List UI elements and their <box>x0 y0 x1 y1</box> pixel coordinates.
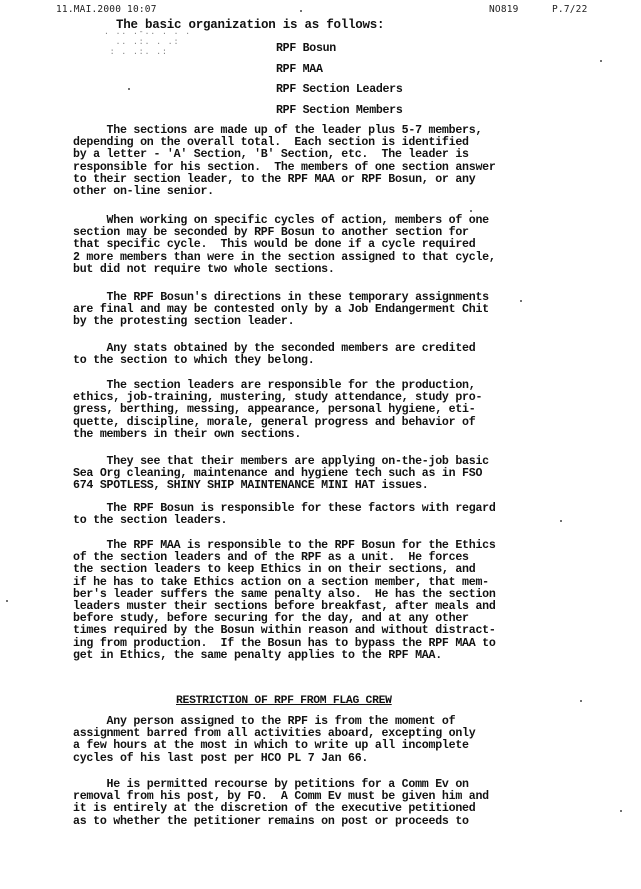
scanned-fax-page: 11.MAI.2000 10:07 NO819 P.7/22 . .. .-..… <box>0 0 641 889</box>
paragraph-bosun-responsibility: The RPF Bosun is responsible for these f… <box>73 503 496 527</box>
scan-speck <box>300 10 302 12</box>
paragraph-bosun-directions: The RPF Bosun's directions in these temp… <box>73 292 489 329</box>
fax-page-indicator: P.7/22 <box>552 4 588 15</box>
org-item-section-leaders: RPF Section Leaders <box>276 84 403 105</box>
faded-stamp: . .. .-.. . . . .. .:. . .: : . .:. .: <box>104 28 224 68</box>
paragraph-maa: The RPF MAA is responsible to the RPF Bo… <box>73 540 496 662</box>
org-item-maa: RPF MAA <box>276 64 403 85</box>
org-item-section-members: RPF Section Members <box>276 105 403 126</box>
org-item-bosun: RPF Bosun <box>276 43 403 64</box>
scan-speck <box>620 810 622 812</box>
intro-line: The basic organization is as follows: <box>116 19 384 31</box>
paragraph-cleaning-tech: They see that their members are applying… <box>73 456 489 493</box>
fax-date-time: 11.MAI.2000 10:07 <box>56 4 157 15</box>
paragraph-section-leaders: The section leaders are responsible for … <box>73 380 482 441</box>
paragraph-seconding: When working on specific cycles of actio… <box>73 215 496 276</box>
organization-list: RPF Bosun RPF MAA RPF Section Leaders RP… <box>276 43 403 125</box>
paragraph-stats: Any stats obtained by the seconded membe… <box>73 343 475 367</box>
paragraph-restriction: Any person assigned to the RPF is from t… <box>73 716 475 765</box>
scan-speck <box>600 60 602 62</box>
section-heading-restriction: RESTRICTION OF RPF FROM FLAG CREW <box>176 695 392 707</box>
scan-speck <box>470 210 472 212</box>
scan-speck <box>580 700 582 702</box>
scan-speck <box>128 88 130 90</box>
paragraph-sections: The sections are made up of the leader p… <box>73 125 496 198</box>
scan-speck <box>520 300 522 302</box>
scan-speck <box>560 520 562 522</box>
fax-header: 11.MAI.2000 10:07 NO819 P.7/22 <box>0 4 641 18</box>
scan-speck <box>6 600 8 602</box>
paragraph-petitions: He is permitted recourse by petitions fo… <box>73 779 489 828</box>
fax-number: NO819 <box>489 4 519 15</box>
